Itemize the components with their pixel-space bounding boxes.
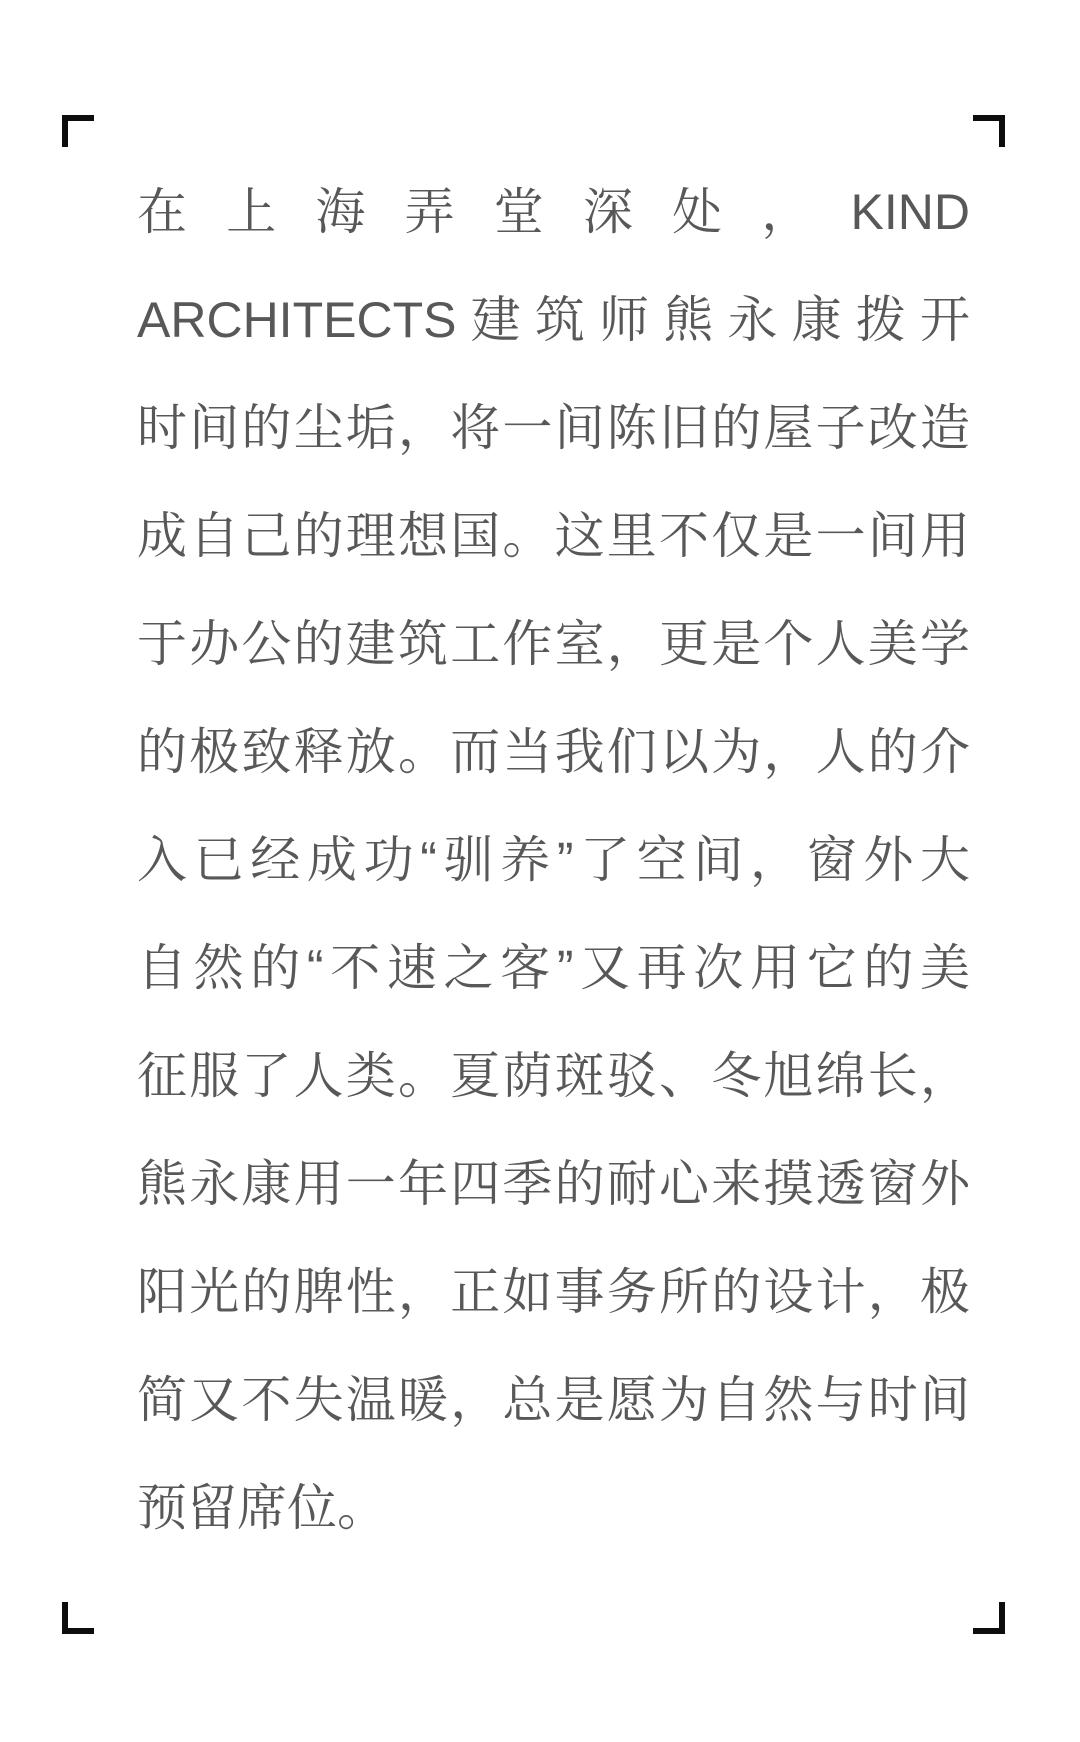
paragraph-line: 预留席位。 <box>137 1454 970 1562</box>
paragraph-line: 时间的尘垢，将一间陈旧的屋子改造 <box>137 374 970 482</box>
article-page: 在上海弄堂深处，KIND ARCHITECTS建筑师熊永康拨开 时间的尘垢，将一… <box>0 0 1080 1742</box>
article-paragraph: 在上海弄堂深处，KIND ARCHITECTS建筑师熊永康拨开 时间的尘垢，将一… <box>137 158 970 1562</box>
paragraph-line: 自然的“不速之客”又再次用它的美 <box>137 914 970 1022</box>
paragraph-line: 成自己的理想国。这里不仅是一间用 <box>137 482 970 590</box>
paragraph-line: 征服了人类。夏荫斑驳、冬旭绵长， <box>137 1022 970 1130</box>
paragraph-line: 熊永康用一年四季的耐心来摸透窗外 <box>137 1130 970 1238</box>
crop-mark-top-right-icon <box>973 115 1005 147</box>
paragraph-line: 于办公的建筑工作室，更是个人美学 <box>137 590 970 698</box>
paragraph-line: 在上海弄堂深处，KIND <box>137 158 970 266</box>
crop-mark-bottom-right-icon <box>973 1602 1005 1634</box>
paragraph-line: 的极致释放。而当我们以为，人的介 <box>137 698 970 806</box>
crop-mark-bottom-left-icon <box>62 1602 94 1634</box>
paragraph-line: 简又不失温暖，总是愿为自然与时间 <box>137 1346 970 1454</box>
paragraph-line: ARCHITECTS建筑师熊永康拨开 <box>137 266 970 374</box>
paragraph-line: 入已经成功“驯养”了空间，窗外大 <box>137 806 970 914</box>
paragraph-line: 阳光的脾性，正如事务所的设计，极 <box>137 1238 970 1346</box>
crop-mark-top-left-icon <box>62 115 94 147</box>
